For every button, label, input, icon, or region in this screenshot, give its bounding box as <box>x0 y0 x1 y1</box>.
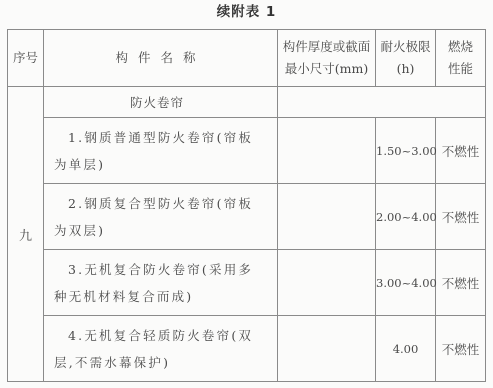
header-row: 序号 构件名称 构件厚度或截面 最小尺寸(mm) 耐火极限 (h) 燃烧 性能 <box>8 30 486 87</box>
combustion-cell: 不燃性 <box>436 316 486 382</box>
header-thickness: 构件厚度或截面 最小尺寸(mm) <box>278 30 376 87</box>
header-fire-limit-line1: 耐火极限 <box>376 36 435 58</box>
thickness-cell <box>278 316 376 382</box>
fire-limit-cell: 4.00 <box>376 316 436 382</box>
fire-limit-cell: 3.00~4.00 <box>376 250 436 316</box>
table-row: 3.无机复合防火卷帘(采用多种无机材料复合而成) 3.00~4.00 不燃性 <box>8 250 486 316</box>
component-name: 4.无机复合轻质防火卷帘(双层,不需水幕保护) <box>44 316 278 382</box>
group-row: 九 防火卷帘 <box>8 87 486 118</box>
header-seq: 序号 <box>8 30 44 87</box>
component-name: 2.钢质复合型防火卷帘(帘板为双层) <box>44 184 278 250</box>
group-seq: 九 <box>8 87 44 382</box>
table-row: 1.钢质普通型防火卷帘(帘板为单层) 1.50~3.00 不燃性 <box>8 118 486 184</box>
thickness-cell <box>278 184 376 250</box>
header-combustion-line1: 燃烧 <box>436 36 485 58</box>
header-component-name: 构件名称 <box>44 30 278 87</box>
table-row: 2.钢质复合型防火卷帘(帘板为双层) 2.00~4.00 不燃性 <box>8 184 486 250</box>
thickness-cell <box>278 118 376 184</box>
fire-resistance-table: 序号 构件名称 构件厚度或截面 最小尺寸(mm) 耐火极限 (h) 燃烧 性能 … <box>7 29 486 382</box>
header-fire-limit-line2: (h) <box>376 58 435 80</box>
header-thickness-line1: 构件厚度或截面 <box>278 36 375 58</box>
fire-limit-cell: 2.00~4.00 <box>376 184 436 250</box>
combustion-cell: 不燃性 <box>436 184 486 250</box>
component-name: 3.无机复合防火卷帘(采用多种无机材料复合而成) <box>44 250 278 316</box>
thickness-cell <box>278 250 376 316</box>
header-fire-limit: 耐火极限 (h) <box>376 30 436 87</box>
table-row: 4.无机复合轻质防火卷帘(双层,不需水幕保护) 4.00 不燃性 <box>8 316 486 382</box>
combustion-cell: 不燃性 <box>436 118 486 184</box>
header-combustion-line2: 性能 <box>436 58 485 80</box>
group-empty-cell <box>278 87 486 118</box>
component-name: 1.钢质普通型防火卷帘(帘板为单层) <box>44 118 278 184</box>
header-thickness-line2: 最小尺寸(mm) <box>278 58 375 80</box>
combustion-cell: 不燃性 <box>436 250 486 316</box>
fire-limit-cell: 1.50~3.00 <box>376 118 436 184</box>
group-label: 防火卷帘 <box>44 87 278 118</box>
table-title: 续附表 1 <box>0 2 493 22</box>
header-combustion: 燃烧 性能 <box>436 30 486 87</box>
